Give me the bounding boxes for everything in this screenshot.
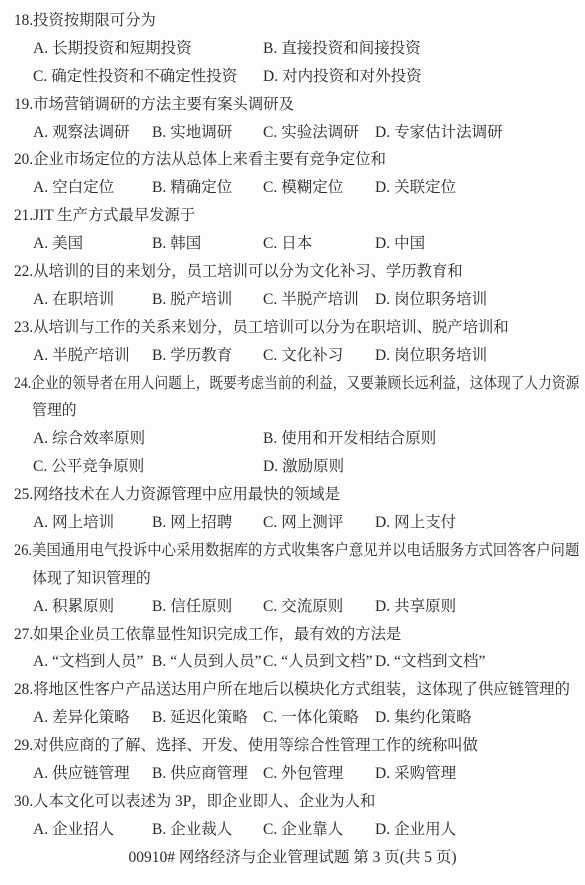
option-label: D. xyxy=(375,347,390,364)
option-text: 企业用人 xyxy=(394,821,456,838)
question-number: 26. xyxy=(14,537,32,565)
option-text: 学历教育 xyxy=(170,347,232,364)
option-label: A. xyxy=(33,179,48,196)
option-label: C. xyxy=(263,598,277,615)
option-A: A.长期投资和短期投资 xyxy=(33,35,192,63)
option-label: D. xyxy=(375,598,390,615)
option-text: 中国 xyxy=(394,235,425,252)
option-text: 公平竞争原则 xyxy=(51,458,144,475)
option-D: D.岗位职务培训 xyxy=(375,286,487,314)
option-C: C.确定性投资和不确定性投资 xyxy=(33,63,237,91)
question-number: 20. xyxy=(14,146,33,174)
question-number: 18. xyxy=(14,7,33,35)
question-stem-text: 网络技术在人力资源管理中应用最快的领域是 xyxy=(33,486,340,503)
question-stem-text: 对供应商的了解、选择、开发、使用等综合性管理工作的统称叫做 xyxy=(33,737,478,754)
option-label: D. xyxy=(375,291,390,308)
options-row: A.在职培训B.脱产培训C.半脱产培训D.岗位职务培训 xyxy=(14,286,585,314)
option-text: 空白定位 xyxy=(52,179,114,196)
options-row: A.半脱产培训B.学历教育C.文化补习D.岗位职务培训 xyxy=(14,342,585,370)
option-text: 网上测评 xyxy=(281,514,343,531)
option-C: C.实验法调研 xyxy=(263,119,359,147)
option-label: C. xyxy=(263,821,277,838)
option-text: 专家估计法调研 xyxy=(394,124,503,141)
option-B: B.网上招聘 xyxy=(152,509,232,537)
option-label: A. xyxy=(33,598,48,615)
question-stem-continuation: 管理的 xyxy=(14,397,560,425)
question-block-19: 19.市场营销调研的方法主要有案头调研及A.观察法调研B.实地调研C.实验法调研… xyxy=(14,91,585,147)
option-text: 企业靠人 xyxy=(281,821,343,838)
option-text: 关联定位 xyxy=(394,179,456,196)
option-label: B. xyxy=(263,430,277,447)
option-label: B. xyxy=(152,347,166,364)
question-stem-line: 24.企业的领导者在用人问题上，既要考虑当前的利益，又要兼顾长远利益，这体现了人… xyxy=(14,370,519,398)
option-text: 网上招聘 xyxy=(170,514,232,531)
question-stem-text: 美国通用电气投诉中心采用数据库的方式收集客户意见并以电话服务方式回答客户问题 xyxy=(32,542,579,559)
option-label: C. xyxy=(263,291,277,308)
option-text: “文档到人员” xyxy=(52,653,143,670)
option-label: C. xyxy=(263,653,277,670)
question-block-21: 21.JIT 生产方式最早发源于A.美国B.韩国C.日本D.中国 xyxy=(14,202,585,258)
option-text: 确定性投资和不确定性投资 xyxy=(51,68,237,85)
question-block-28: 28.将地区性客户产品送达用户所在地后以模块化方式组装，这体现了供应链管理的A.… xyxy=(14,676,585,732)
options-row: A.供应链管理B.供应商管理C.外包管理D.采购管理 xyxy=(14,760,585,788)
option-label: D. xyxy=(375,765,390,782)
option-text: 延迟化策略 xyxy=(170,709,248,726)
exam-page: 18.投资按期限可分为A.长期投资和短期投资B.直接投资和间接投资C.确定性投资… xyxy=(0,0,585,885)
option-D: D.“文档到文档” xyxy=(375,648,485,676)
option-text: 使用和开发相结合原则 xyxy=(281,430,436,447)
question-number: 23. xyxy=(14,314,33,342)
option-label: A. xyxy=(33,40,48,57)
option-label: C. xyxy=(263,347,277,364)
option-label: A. xyxy=(33,821,48,838)
option-label: C. xyxy=(263,235,277,252)
option-C: C.文化补习 xyxy=(263,342,343,370)
option-D: D.企业用人 xyxy=(375,816,456,844)
option-C: C.“人员到文档” xyxy=(263,648,372,676)
question-block-18: 18.投资按期限可分为A.长期投资和短期投资B.直接投资和间接投资C.确定性投资… xyxy=(14,7,585,91)
option-text: 岗位职务培训 xyxy=(394,347,487,364)
question-stem-text: 企业的领导者在用人问题上，既要考虑当前的利益，又要兼顾长远利益，这体现了人力资源 xyxy=(31,375,579,392)
option-text: 脱产培训 xyxy=(170,291,232,308)
option-text: 精确定位 xyxy=(170,179,232,196)
option-label: C. xyxy=(263,765,277,782)
option-C: C.模糊定位 xyxy=(263,174,343,202)
question-stem-text: 企业市场定位的方法从总体上来看主要有竞争定位和 xyxy=(33,151,386,168)
option-C: C.公平竞争原则 xyxy=(33,453,144,481)
option-label: B. xyxy=(152,598,166,615)
question-stem-text: 管理的 xyxy=(32,402,76,419)
option-label: A. xyxy=(33,514,48,531)
option-A: A.积累原则 xyxy=(33,593,114,621)
question-stem-line: 18.投资按期限可分为 xyxy=(14,7,579,35)
option-A: A.网上培训 xyxy=(33,509,114,537)
question-block-25: 25.网络技术在人力资源管理中应用最快的领域是A.网上培训B.网上招聘C.网上测… xyxy=(14,481,585,537)
option-B: B.实地调研 xyxy=(152,119,232,147)
option-D: D.网上支付 xyxy=(375,509,456,537)
options-row: A.网上培训B.网上招聘C.网上测评D.网上支付 xyxy=(14,509,585,537)
option-text: 网上培训 xyxy=(52,514,114,531)
option-label: B. xyxy=(152,821,166,838)
option-label: B. xyxy=(152,514,166,531)
question-number: 25. xyxy=(14,481,33,509)
option-B: B.使用和开发相结合原则 xyxy=(263,425,436,453)
option-C: C.外包管理 xyxy=(263,760,343,788)
options-row: A.空白定位B.精确定位C.模糊定位D.关联定位 xyxy=(14,174,585,202)
option-A: A.企业招人 xyxy=(33,816,114,844)
options-row: A.长期投资和短期投资B.直接投资和间接投资 xyxy=(14,35,585,63)
option-B: B.韩国 xyxy=(152,230,201,258)
option-text: “人员到人员” xyxy=(170,653,261,670)
option-label: C. xyxy=(263,514,277,531)
option-label: C. xyxy=(263,179,277,196)
option-label: B. xyxy=(263,40,277,57)
option-B: B.延迟化策略 xyxy=(152,704,248,732)
option-text: 采购管理 xyxy=(394,765,456,782)
option-A: A.美国 xyxy=(33,230,83,258)
question-number: 21. xyxy=(14,202,33,230)
option-D: D.激励原则 xyxy=(263,453,344,481)
option-text: 积累原则 xyxy=(52,598,114,615)
question-stem-text: 将地区性客户产品送达用户所在地后以模块化方式组装，这体现了供应链管理的 xyxy=(33,681,570,698)
option-text: 直接投资和间接投资 xyxy=(281,40,421,57)
question-block-26: 26.美国通用电气投诉中心采用数据库的方式收集客户意见并以电话服务方式回答客户问… xyxy=(14,537,585,621)
options-row: A.美国B.韩国C.日本D.中国 xyxy=(14,230,585,258)
option-text: 综合效率原则 xyxy=(52,430,145,447)
option-label: B. xyxy=(152,235,166,252)
question-stem-line: 21.JIT 生产方式最早发源于 xyxy=(14,202,579,230)
option-C: C.日本 xyxy=(263,230,312,258)
option-B: B.供应商管理 xyxy=(152,760,248,788)
option-label: D. xyxy=(375,179,390,196)
question-block-24: 24.企业的领导者在用人问题上，既要考虑当前的利益，又要兼顾长远利益，这体现了人… xyxy=(14,370,585,482)
option-text: 共享原则 xyxy=(394,598,456,615)
option-label: D. xyxy=(375,124,390,141)
option-A: A.在职培训 xyxy=(33,286,114,314)
option-label: B. xyxy=(152,179,166,196)
option-D: D.专家估计法调研 xyxy=(375,119,503,147)
option-D: D.岗位职务培训 xyxy=(375,342,487,370)
question-block-29: 29.对供应商的了解、选择、开发、使用等综合性管理工作的统称叫做A.供应链管理B… xyxy=(14,732,585,788)
option-D: D.共享原则 xyxy=(375,593,456,621)
option-label: B. xyxy=(152,709,166,726)
option-label: B. xyxy=(152,291,166,308)
option-text: 模糊定位 xyxy=(281,179,343,196)
question-number: 24. xyxy=(14,370,31,398)
option-D: D.关联定位 xyxy=(375,174,456,202)
option-text: 供应链管理 xyxy=(52,765,130,782)
option-label: D. xyxy=(375,821,390,838)
option-D: D.中国 xyxy=(375,230,425,258)
option-label: C. xyxy=(33,68,47,85)
question-block-23: 23.从培训与工作的关系来划分，员工培训可以分为在职培训、脱产培训和A.半脱产培… xyxy=(14,314,585,370)
question-stem-text: JIT 生产方式最早发源于 xyxy=(33,207,195,224)
option-B: B.企业裁人 xyxy=(152,816,232,844)
option-text: 一体化策略 xyxy=(281,709,359,726)
option-text: 对内投资和对外投资 xyxy=(282,68,422,85)
options-row: A.积累原则B.信任原则C.交流原则D.共享原则 xyxy=(14,593,585,621)
option-label: C. xyxy=(263,709,277,726)
question-stem-line: 22.从培训的目的来划分，员工培训可以分为文化补习、学历教育和 xyxy=(14,258,579,286)
options-row: A.“文档到人员”B.“人员到人员”C.“人员到文档”D.“文档到文档” xyxy=(14,648,585,676)
question-stem-text: 从培训的目的来划分，员工培训可以分为文化补习、学历教育和 xyxy=(33,263,462,280)
option-label: D. xyxy=(263,68,278,85)
question-stem-text: 市场营销调研的方法主要有案头调研及 xyxy=(33,96,294,113)
question-block-22: 22.从培训的目的来划分，员工培训可以分为文化补习、学历教育和A.在职培训B.脱… xyxy=(14,258,585,314)
option-B: B.学历教育 xyxy=(152,342,232,370)
option-C: C.半脱产培训 xyxy=(263,286,359,314)
option-text: 激励原则 xyxy=(282,458,344,475)
page-footer: 00910# 网络经济与企业管理试题 第 3 页(共 5 页) xyxy=(0,844,585,872)
options-row: A.企业招人B.企业裁人C.企业靠人D.企业用人 xyxy=(14,816,585,844)
option-A: A.观察法调研 xyxy=(33,119,130,147)
option-text: 韩国 xyxy=(170,235,201,252)
option-text: 差异化策略 xyxy=(52,709,130,726)
option-D: D.集约化策略 xyxy=(375,704,472,732)
option-text: 文化补习 xyxy=(281,347,343,364)
question-stem-continuation: 体现了知识管理的 xyxy=(14,565,560,593)
question-stem-line: 29.对供应商的了解、选择、开发、使用等综合性管理工作的统称叫做 xyxy=(14,732,579,760)
option-A: A.半脱产培训 xyxy=(33,342,130,370)
question-block-20: 20.企业市场定位的方法从总体上来看主要有竞争定位和A.空白定位B.精确定位C.… xyxy=(14,146,585,202)
option-text: 半脱产培训 xyxy=(52,347,130,364)
option-D: D.对内投资和对外投资 xyxy=(263,63,422,91)
option-label: A. xyxy=(33,124,48,141)
option-B: B.“人员到人员” xyxy=(152,648,261,676)
option-label: C. xyxy=(263,124,277,141)
question-stem-text: 体现了知识管理的 xyxy=(32,570,151,587)
option-text: 长期投资和短期投资 xyxy=(52,40,192,57)
option-C: C.网上测评 xyxy=(263,509,343,537)
option-C: C.交流原则 xyxy=(263,593,343,621)
option-text: 观察法调研 xyxy=(52,124,130,141)
question-number: 30. xyxy=(14,788,33,816)
option-B: B.精确定位 xyxy=(152,174,232,202)
question-block-30: 30.人本文化可以表述为 3P，即企业即人、企业为人和A.企业招人B.企业裁人C… xyxy=(14,788,585,844)
option-B: B.信任原则 xyxy=(152,593,232,621)
question-number: 22. xyxy=(14,258,33,286)
option-D: D.采购管理 xyxy=(375,760,456,788)
option-label: A. xyxy=(33,430,48,447)
option-C: C.企业靠人 xyxy=(263,816,343,844)
option-label: A. xyxy=(33,235,48,252)
option-text: “文档到文档” xyxy=(394,653,485,670)
option-label: B. xyxy=(152,765,166,782)
option-text: 实验法调研 xyxy=(281,124,359,141)
option-B: B.直接投资和间接投资 xyxy=(263,35,421,63)
option-label: D. xyxy=(375,653,390,670)
question-stem-line: 23.从培训与工作的关系来划分，员工培训可以分为在职培训、脱产培训和 xyxy=(14,314,579,342)
question-stem-text: 投资按期限可分为 xyxy=(33,12,156,29)
question-stem-line: 25.网络技术在人力资源管理中应用最快的领域是 xyxy=(14,481,579,509)
option-label: D. xyxy=(375,709,390,726)
option-label: D. xyxy=(263,458,278,475)
question-stem-text: 如果企业员工依靠显性知识完成工作，最有效的方法是 xyxy=(33,626,401,643)
option-text: 供应商管理 xyxy=(170,765,248,782)
option-label: C. xyxy=(33,458,47,475)
option-A: A.供应链管理 xyxy=(33,760,130,788)
options-row: C.确定性投资和不确定性投资D.对内投资和对外投资 xyxy=(14,63,585,91)
question-stem-line: 20.企业市场定位的方法从总体上来看主要有竞争定位和 xyxy=(14,146,579,174)
question-stem-line: 30.人本文化可以表述为 3P，即企业即人、企业为人和 xyxy=(14,788,579,816)
options-row: A.观察法调研B.实地调研C.实验法调研D.专家估计法调研 xyxy=(14,119,585,147)
options-row: A.差异化策略B.延迟化策略C.一体化策略D.集约化策略 xyxy=(14,704,585,732)
option-A: A.“文档到人员” xyxy=(33,648,143,676)
option-text: 在职培训 xyxy=(52,291,114,308)
question-stem-line: 27.如果企业员工依靠显性知识完成工作，最有效的方法是 xyxy=(14,621,579,649)
option-text: 半脱产培训 xyxy=(281,291,359,308)
option-text: 企业裁人 xyxy=(170,821,232,838)
question-number: 27. xyxy=(14,621,33,649)
option-text: 美国 xyxy=(52,235,83,252)
question-stem-line: 19.市场营销调研的方法主要有案头调研及 xyxy=(14,91,579,119)
option-text: 外包管理 xyxy=(281,765,343,782)
option-B: B.脱产培训 xyxy=(152,286,232,314)
option-A: A.综合效率原则 xyxy=(33,425,145,453)
option-label: A. xyxy=(33,709,48,726)
option-text: 信任原则 xyxy=(170,598,232,615)
question-stem-line: 28.将地区性客户产品送达用户所在地后以模块化方式组装，这体现了供应链管理的 xyxy=(14,676,579,704)
question-stem-text: 从培训与工作的关系来划分，员工培训可以分为在职培训、脱产培训和 xyxy=(33,319,508,336)
option-label: D. xyxy=(375,514,390,531)
options-row: A.综合效率原则B.使用和开发相结合原则 xyxy=(14,425,585,453)
question-stem-text: 人本文化可以表述为 3P，即企业即人、企业为人和 xyxy=(33,793,375,810)
option-A: A.差异化策略 xyxy=(33,704,130,732)
options-row: C.公平竞争原则D.激励原则 xyxy=(14,453,585,481)
questions-list: 18.投资按期限可分为A.长期投资和短期投资B.直接投资和间接投资C.确定性投资… xyxy=(14,7,585,844)
option-C: C.一体化策略 xyxy=(263,704,359,732)
option-text: 交流原则 xyxy=(281,598,343,615)
option-label: A. xyxy=(33,291,48,308)
option-label: D. xyxy=(375,235,390,252)
question-block-27: 27.如果企业员工依靠显性知识完成工作，最有效的方法是A.“文档到人员”B.“人… xyxy=(14,621,585,677)
option-A: A.空白定位 xyxy=(33,174,114,202)
option-text: 网上支付 xyxy=(394,514,456,531)
option-text: 岗位职务培训 xyxy=(394,291,487,308)
option-label: A. xyxy=(33,653,48,670)
option-text: 企业招人 xyxy=(52,821,114,838)
option-label: B. xyxy=(152,653,166,670)
option-text: 日本 xyxy=(281,235,312,252)
question-number: 28. xyxy=(14,676,33,704)
option-label: B. xyxy=(152,124,166,141)
option-label: A. xyxy=(33,765,48,782)
question-stem-line: 26.美国通用电气投诉中心采用数据库的方式收集客户意见并以电话服务方式回答客户问… xyxy=(14,537,545,565)
option-text: 集约化策略 xyxy=(394,709,472,726)
option-text: “人员到文档” xyxy=(281,653,372,670)
question-number: 19. xyxy=(14,91,33,119)
option-text: 实地调研 xyxy=(170,124,232,141)
question-number: 29. xyxy=(14,732,33,760)
option-label: A. xyxy=(33,347,48,364)
